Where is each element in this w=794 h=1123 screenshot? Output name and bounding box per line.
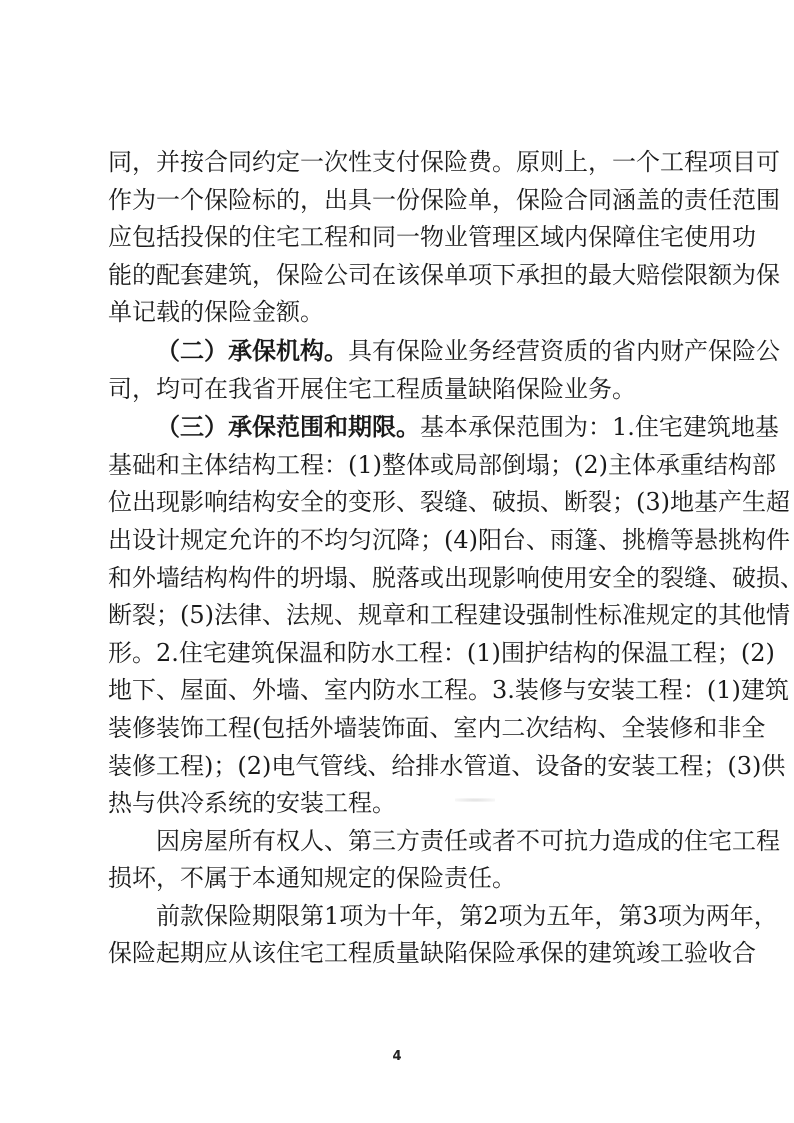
text-line: 保险起期应从该住宅工程质量缺陷保险承保的建筑竣工验收合 [108, 935, 692, 973]
text-line: 能的配套建筑，保险公司在该保单项下承担的最大赔偿限额为保 [108, 257, 692, 295]
text-line: 前款保险期限第1项为十年，第2项为五年，第3项为两年， [108, 898, 692, 936]
paragraph-coverage-scope: （三）承保范围和期限。基本承保范围为：1.住宅建筑地基 基础和主体结构工程：(1… [108, 408, 692, 823]
text-line: 基础和主体结构工程：(1)整体或局部倒塌；(2)主体承重结构部 [108, 447, 692, 485]
text-line: 同，并按合同约定一次性支付保险费。原则上，一个工程项目可 [108, 144, 692, 182]
text-line: 热与供冷系统的安装工程。 [108, 785, 692, 823]
text-line: 装修装饰工程(包括外墙装饰面、室内二次结构、全装修和非全 [108, 710, 692, 748]
paragraph-policy-contract: 同，并按合同约定一次性支付保险费。原则上，一个工程项目可 作为一个保险标的，出具… [108, 144, 692, 332]
text-fragment: 具有保险业务经营资质的省内财产保险公 [348, 337, 780, 365]
paragraph-exclusions: 因房屋所有权人、第三方责任或者不可抗力造成的住宅工程 损坏，不属于本通知规定的保… [108, 823, 692, 898]
document-page: 同，并按合同约定一次性支付保险费。原则上，一个工程项目可 作为一个保险标的，出具… [0, 0, 794, 1123]
text-line: （三）承保范围和期限。基本承保范围为：1.住宅建筑地基 [108, 408, 692, 447]
section-heading: （二）承保机构。 [156, 336, 348, 365]
text-line: 因房屋所有权人、第三方责任或者不可抗力造成的住宅工程 [108, 823, 692, 861]
body-text: 同，并按合同约定一次性支付保险费。原则上，一个工程项目可 作为一个保险标的，出具… [108, 144, 692, 973]
text-line: 应包括投保的住宅工程和同一物业管理区域内保障住宅使用功 [108, 219, 692, 257]
scan-artifact [455, 798, 495, 802]
text-line: 位出现影响结构安全的变形、裂缝、破损、断裂；(3)地基产生超 [108, 484, 692, 522]
paragraph-insurance-period: 前款保险期限第1项为十年，第2项为五年，第3项为两年， 保险起期应从该住宅工程质… [108, 898, 692, 973]
text-line: 装修工程)；(2)电气管线、给排水管道、设备的安装工程；(3)供 [108, 748, 692, 786]
text-line: 出设计规定允许的不均匀沉降；(4)阳台、雨篷、挑檐等悬挑构件 [108, 522, 692, 560]
text-fragment: 基本承保范围为：1.住宅建筑地基 [420, 413, 779, 441]
text-line: 断裂；(5)法律、法规、规章和工程建设强制性标准规定的其他情 [108, 597, 692, 635]
text-line: 和外墙结构构件的坍塌、脱落或出现影响使用安全的裂缝、破损、 [108, 560, 692, 598]
text-line: 形。2.住宅建筑保温和防水工程：(1)围护结构的保温工程；(2) [108, 635, 692, 673]
text-line: 地下、屋面、外墙、室内防水工程。3.装修与安装工程：(1)建筑 [108, 672, 692, 710]
section-heading: （三）承保范围和期限。 [156, 412, 420, 441]
text-line: （二）承保机构。具有保险业务经营资质的省内财产保险公 [108, 332, 692, 371]
text-line: 损坏，不属于本通知规定的保险责任。 [108, 860, 692, 898]
paragraph-underwriting-institutions: （二）承保机构。具有保险业务经营资质的省内财产保险公 司，均可在我省开展住宅工程… [108, 332, 692, 408]
text-line: 单记载的保险金额。 [108, 294, 692, 332]
text-line: 司，均可在我省开展住宅工程质量缺陷保险业务。 [108, 371, 692, 409]
page-number: 4 [0, 1049, 794, 1064]
text-line: 作为一个保险标的，出具一份保险单，保险合同涵盖的责任范围 [108, 182, 692, 220]
